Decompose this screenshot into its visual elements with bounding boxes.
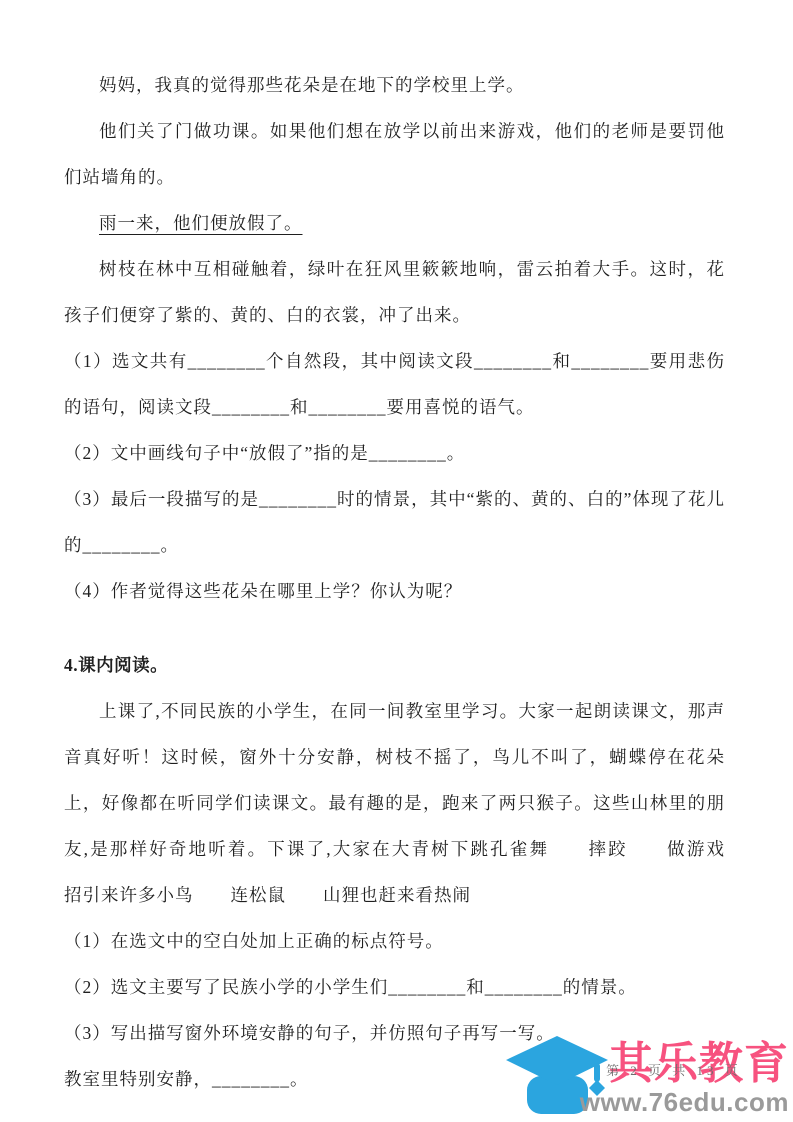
passage-sentence: 妈妈，我真的觉得那些花朵是在地下的学校里上学。 — [64, 62, 725, 108]
question-2: （2）选文主要写了民族小学的小学生们________和________的情景。 — [64, 964, 725, 1010]
worksheet-body: 妈妈，我真的觉得那些花朵是在地下的学校里上学。 他们关了门做功课。如果他们想在放… — [64, 62, 725, 1102]
question-4: （4）作者觉得这些花朵在哪里上学？你认为呢？ — [64, 568, 725, 614]
answer-line: 教室里特别安静，________。 — [64, 1056, 725, 1102]
passage-paragraph: 上课了,不同民族的小学生，在同一间教室里学习。大家一起朗读课文，那声音真好听！这… — [64, 688, 725, 918]
question-3: （3）最后一段描写的是________时的情景，其中“紫的、黄的、白的”体现了花… — [64, 476, 725, 568]
passage-sentence: 他们关了门做功课。如果他们想在放学以前出来游戏，他们的老师是要罚他们站墙角的。 — [64, 108, 725, 200]
question-3: （3）写出描写窗外环境安静的句子，并仿照句子再写一写。 — [64, 1010, 725, 1056]
passage-sentence: 树枝在林中互相碰触着，绿叶在狂风里簌簌地响，雷云拍着大手。这时，花孩子们便穿了紫… — [64, 246, 725, 338]
question-1: （1）在选文中的空白处加上正确的标点符号。 — [64, 918, 725, 964]
underlined-sentence: 雨一来，他们便放假了。 — [64, 200, 725, 246]
question-2: （2）文中画线句子中“放假了”指的是________。 — [64, 430, 725, 476]
section-heading: 4.课内阅读。 — [64, 642, 725, 688]
worksheet-page: 妈妈，我真的觉得那些花朵是在地下的学校里上学。 他们关了门做功课。如果他们想在放… — [0, 0, 793, 1122]
question-1: （1）选文共有________个自然段，其中阅读文段________和_____… — [64, 338, 725, 430]
